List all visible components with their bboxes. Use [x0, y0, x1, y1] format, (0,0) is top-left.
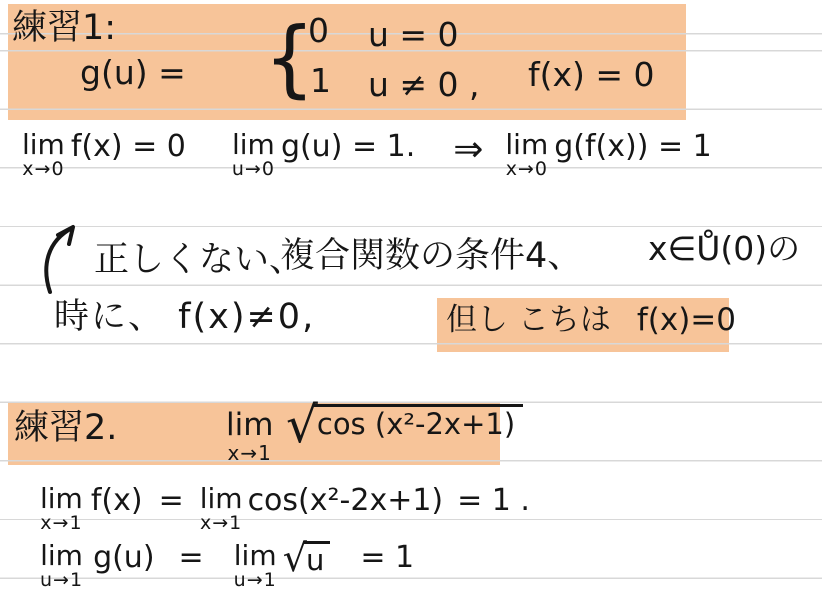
- lim-subscript: u→0: [232, 160, 275, 179]
- lim-group-2: lim u→0: [232, 130, 275, 179]
- lim-subscript: x→1: [200, 514, 242, 533]
- lim-subscript: u→1: [40, 571, 83, 590]
- lim-word: lim: [232, 130, 275, 159]
- remark-incorrect: 正しくない、: [94, 240, 304, 280]
- lim-group: lim x→1: [40, 484, 83, 533]
- calc2-equals: =: [179, 541, 204, 576]
- lim-word: lim: [22, 130, 65, 159]
- calc-line-1: lim x→1 f(x) = lim x→1 cos(x²-2x+1) = 1 …: [40, 484, 530, 533]
- remark-when: 時に、 f(x)≠0,: [54, 297, 315, 337]
- calc2-lhs: g(u): [93, 541, 154, 576]
- limits-line: lim x→0 f(x) = 0 lim u→0 g(u) = 1. ⇒ lim…: [22, 130, 712, 179]
- remark-condition: 複合関数の条件4、: [280, 236, 582, 276]
- exercise2-title: 練習2.: [14, 408, 117, 448]
- calc2-result: = 1: [360, 541, 414, 576]
- lim-word: lim: [226, 409, 273, 442]
- note-page: 練習1: g(u) = { 0 u = 0 1 u ≠ 0 , f(x) = 0…: [0, 0, 822, 603]
- lim-word: lim: [505, 130, 548, 159]
- implies-arrow: ⇒: [453, 132, 483, 168]
- sqrt-radicand: cos (x²-2x+1): [313, 404, 523, 441]
- case1-value: 0: [308, 12, 329, 50]
- lim-word: lim: [200, 484, 243, 513]
- lim-group: lim x→1: [200, 484, 243, 533]
- lim-subscript: x→1: [228, 443, 272, 463]
- lim-group-3: lim x→0: [505, 130, 548, 179]
- lim-subscript: x→0: [22, 160, 64, 179]
- handwriting-layer: 練習1: g(u) = { 0 u = 0 1 u ≠ 0 , f(x) = 0…: [0, 0, 822, 603]
- lim-group: lim u→1: [40, 541, 83, 590]
- lim-group-ex2-head: lim x→1: [226, 409, 273, 463]
- remark-but: 但し こちは: [446, 303, 611, 339]
- lim-subscript: x→0: [506, 160, 548, 179]
- sqrt-u-expression: √ u: [283, 541, 331, 577]
- calc1-rhs: cos(x²-2x+1): [248, 484, 444, 519]
- lim-subscript: u→1: [234, 571, 277, 590]
- lim-word: lim: [40, 541, 83, 570]
- lim3-expression: g(f(x)) = 1: [554, 130, 711, 165]
- case2-condition: u ≠ 0 ,: [368, 66, 480, 104]
- g-definition-lhs: g(u) =: [80, 54, 186, 92]
- sqrt-radicand: u: [303, 541, 330, 577]
- case1-condition: u = 0: [368, 16, 459, 54]
- remark-highlighted-text: 但し こちは f(x)=0: [446, 303, 736, 339]
- lim-group-1: lim x→0: [22, 130, 65, 179]
- lim-group: lim u→1: [234, 541, 277, 590]
- calc1-equals: =: [159, 484, 184, 519]
- lim2-expression: g(u) = 1.: [281, 130, 415, 165]
- calc1-lhs: f(x): [91, 484, 143, 519]
- remark-but-eq: f(x)=0: [637, 303, 736, 339]
- lim-subscript: x→1: [40, 514, 82, 533]
- remark-neighborhood: x∈Ů(0)の: [648, 230, 800, 268]
- lim-word: lim: [40, 484, 83, 513]
- lim-word: lim: [234, 541, 277, 570]
- lim1-expression: f(x) = 0: [71, 130, 186, 165]
- case2-value: 1: [310, 62, 331, 100]
- up-arrow-icon: [36, 222, 86, 296]
- calc1-result: = 1 .: [457, 484, 530, 519]
- exercise1-title: 練習1:: [12, 8, 116, 48]
- f-definition: f(x) = 0: [528, 56, 655, 94]
- sqrt-expression: √ cos (x²-2x+1): [286, 404, 523, 447]
- calc-line-2: lim u→1 g(u) = lim u→1 √ u = 1: [40, 541, 414, 590]
